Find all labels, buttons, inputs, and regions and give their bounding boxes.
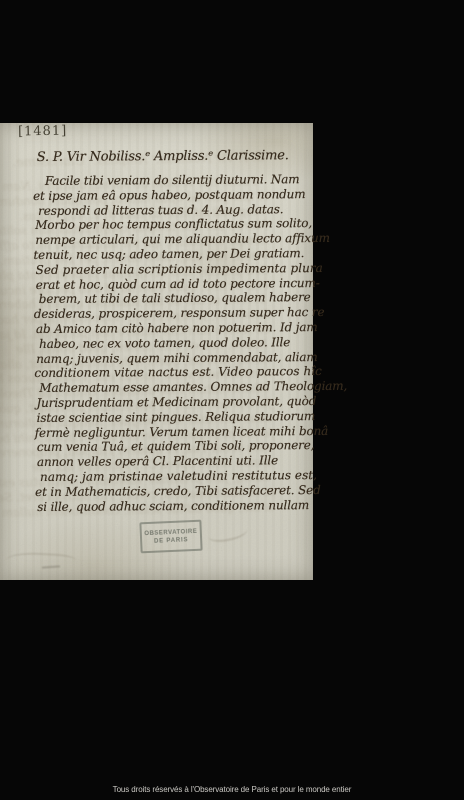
letter-text: S. P. Vir Nobiliss.ᵉ Ampliss.ᵉ Clarissim… bbox=[35, 148, 314, 514]
letter-line: habeo, nec ex voto tamen, quod doleo. Il… bbox=[39, 335, 312, 352]
copyright-caption: Tous droits réservés à l'Observatoire de… bbox=[0, 785, 464, 794]
letter-line: si ille, quod adhuc sciam, conditionem n… bbox=[37, 498, 313, 515]
letter-line: et in Mathematicis, credo, Tibi satisfac… bbox=[35, 483, 313, 500]
letter-line: Facile tibi veniam do silentij diuturni.… bbox=[45, 172, 311, 189]
letter-line: namq; jam pristinae valetudini restitutu… bbox=[40, 468, 313, 485]
stamp-text-line2: DE PARIS bbox=[154, 536, 189, 545]
observatory-stamp: OBSERVATOIRE DE PARIS bbox=[139, 520, 202, 554]
letter-line: ab Amico tam citò habere non potuerim. I… bbox=[36, 320, 312, 337]
salutation-line: S. P. Vir Nobiliss.ᵉ Ampliss.ᵉ Clarissim… bbox=[37, 148, 311, 165]
letter-line: istae scientiae sint pingues. Reliqua st… bbox=[37, 409, 313, 426]
folio-number: [1481] bbox=[18, 124, 67, 140]
viewer-background: S. P. Vir Nobiliss.ᵉ Ampliss.ᵉ Clarissim… bbox=[0, 0, 464, 800]
letter-body: Facile tibi veniam do silentij diuturni.… bbox=[35, 172, 313, 514]
letter-line: Jurisprudentiam et Medicinam provolant, … bbox=[36, 394, 312, 411]
manuscript-page: S. P. Vir Nobiliss.ᵉ Ampliss.ᵉ Clarissim… bbox=[0, 123, 313, 580]
letter-line: et ipse jam eâ opus habeo, postquam nond… bbox=[33, 187, 311, 204]
pencil-dash-mark bbox=[42, 565, 60, 568]
faint-annotation-mark bbox=[207, 522, 249, 543]
letter-line: Sed praeter alia scriptionis impedimenta… bbox=[36, 261, 312, 278]
letter-line: tenuit, nec usq; adeo tamen, per Dei gra… bbox=[33, 246, 311, 263]
faint-scrawl-mark bbox=[6, 551, 77, 573]
